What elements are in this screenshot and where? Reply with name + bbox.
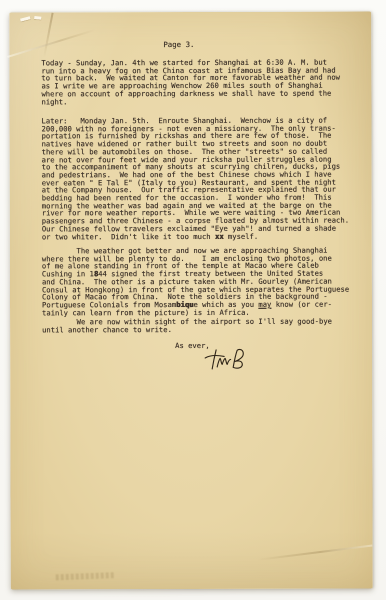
letter-line: tainly can learn from the picture) is in… bbox=[42, 308, 349, 317]
signature bbox=[203, 348, 247, 374]
letter-line: night. bbox=[41, 97, 340, 105]
letter-line: until another chance to write. bbox=[42, 325, 332, 333]
ink-bleed-through-mark bbox=[56, 572, 114, 580]
letter-paragraph-goodbye: We are now within sight of the airport s… bbox=[42, 318, 332, 334]
signature-ink-stroke bbox=[203, 348, 247, 374]
paper-crease bbox=[7, 29, 95, 58]
staple-mark bbox=[20, 16, 30, 21]
paper-crease bbox=[43, 13, 53, 58]
letter-line: where on account of approaching darkness… bbox=[41, 89, 340, 97]
paper-crease bbox=[257, 544, 372, 560]
letter-paragraph-wenchow: Later: Monday Jan. 5th. Enroute Shanghai… bbox=[42, 117, 350, 241]
letter-line: or two whiter. Didn't like it too much x… bbox=[42, 232, 349, 241]
scanned-letter-page: Page 3. Today - Sunday, Jan. 4th we star… bbox=[0, 0, 386, 600]
page-number-label: Page 3. bbox=[163, 41, 194, 49]
letter-paper: Page 3. Today - Sunday, Jan. 4th we star… bbox=[9, 12, 373, 590]
staple-mark bbox=[34, 16, 41, 20]
letter-paragraph-travel: Today - Sunday, Jan. 4th we started for … bbox=[41, 59, 340, 106]
letter-paragraph-photos: The weather got better and now we are ap… bbox=[42, 247, 349, 317]
